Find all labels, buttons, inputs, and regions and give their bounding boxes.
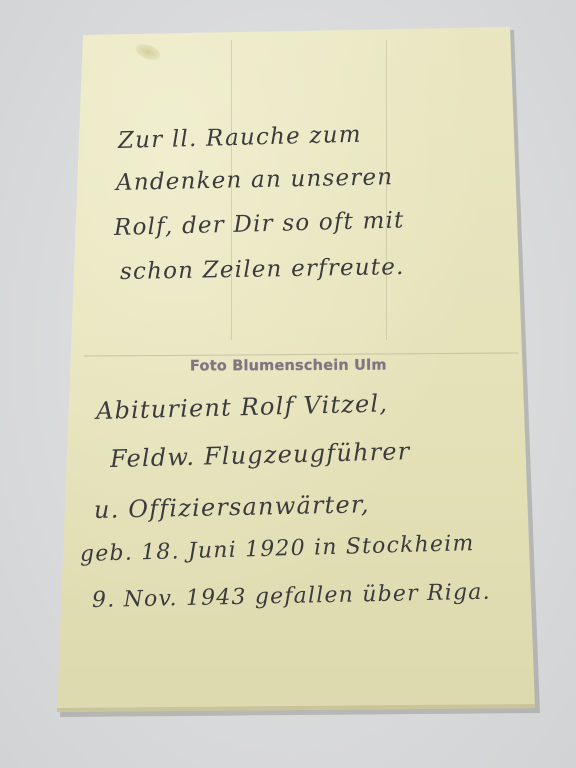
paper-card: [0, 0, 576, 768]
handwritten-line: u. Offiziersanwärter,: [94, 490, 370, 524]
photographer-stamp: Foto Blumenschein Ulm: [190, 357, 387, 374]
handwritten-line: schon Zeilen erfreute.: [120, 254, 405, 285]
photo-scene: Zur ll. Rauche zum Andenken an unseren R…: [0, 0, 576, 768]
